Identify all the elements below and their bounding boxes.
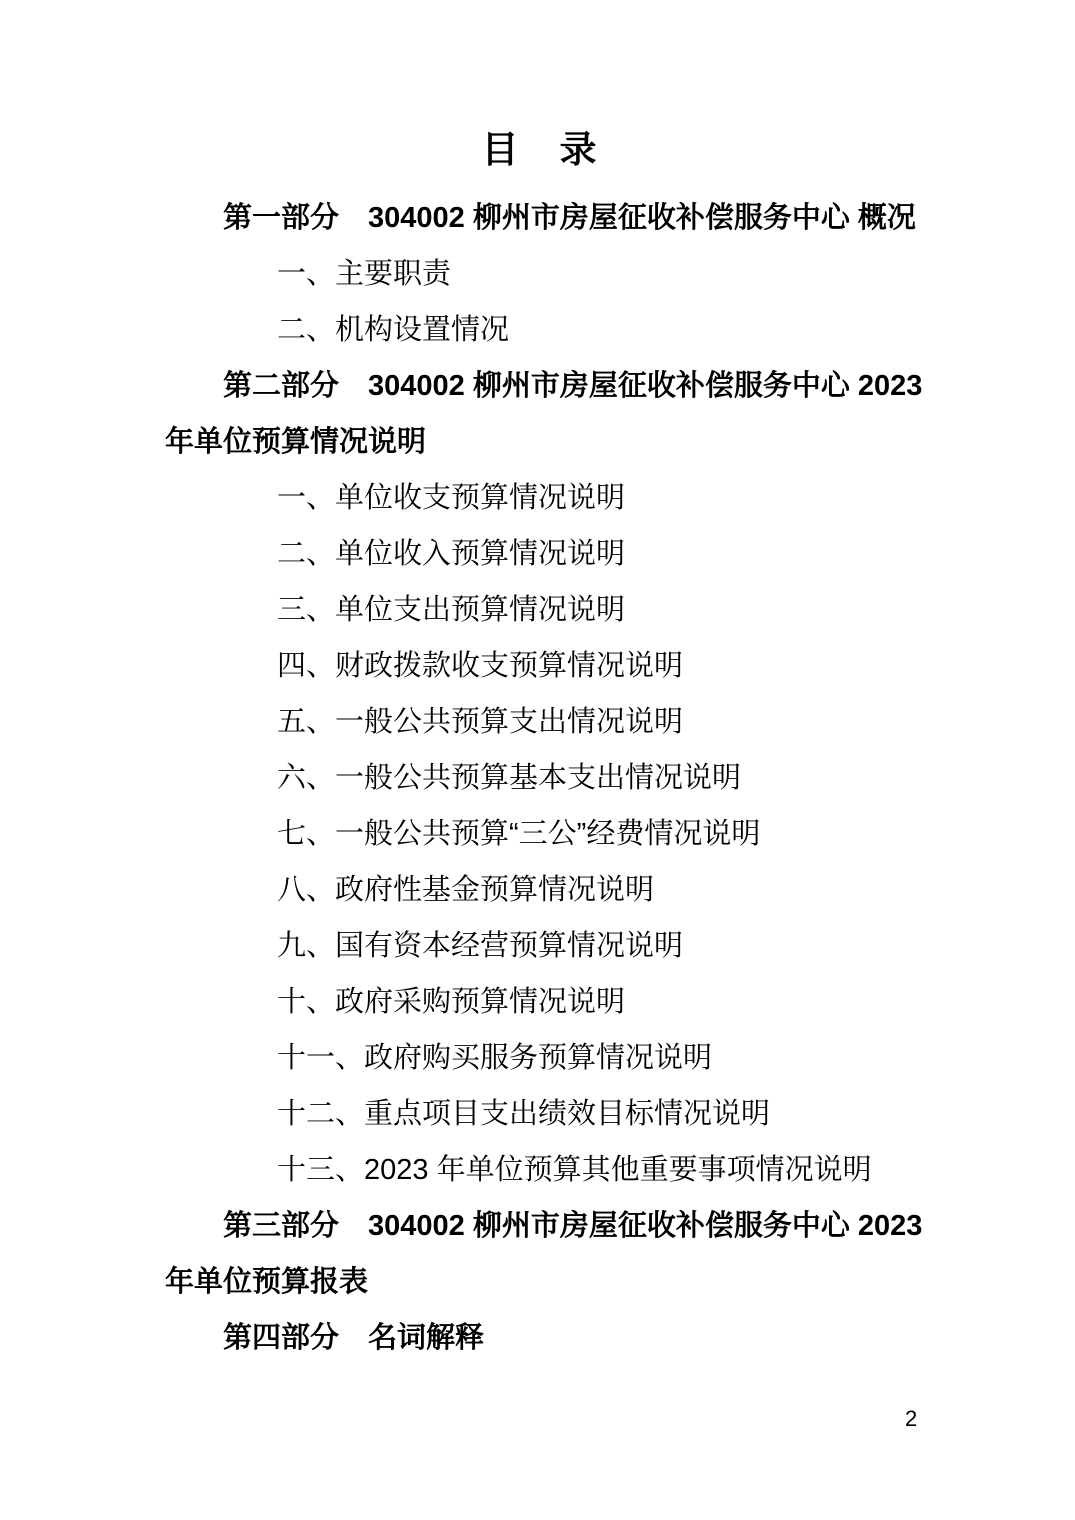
toc-heading-part3: 第三部分 304002 柳州市房屋征收补偿服务中心 2023 [165, 1198, 915, 1254]
toc-item-part2-3: 三、单位支出预算情况说明 [165, 582, 915, 638]
toc-item-part2-4: 四、财政拨款收支预算情况说明 [165, 638, 915, 694]
toc-heading-part2-cont: 年单位预算情况说明 [165, 414, 915, 470]
toc-item-part2-1: 一、单位收支预算情况说明 [165, 470, 915, 526]
toc-heading-part4: 第四部分 名词解释 [165, 1310, 915, 1366]
document-page: 目 录 第一部分 304002 柳州市房屋征收补偿服务中心 概况 一、主要职责 … [0, 0, 1075, 1520]
toc-heading-part1: 第一部分 304002 柳州市房屋征收补偿服务中心 概况 [165, 190, 915, 246]
toc-item-part2-5: 五、一般公共预算支出情况说明 [165, 694, 915, 750]
toc-item-part2-10: 十、政府采购预算情况说明 [165, 974, 915, 1030]
toc-section: 目 录 第一部分 304002 柳州市房屋征收补偿服务中心 概况 一、主要职责 … [165, 122, 915, 1366]
toc-item-part2-11: 十一、政府购买服务预算情况说明 [165, 1030, 915, 1086]
toc-list: 第一部分 304002 柳州市房屋征收补偿服务中心 概况 一、主要职责 二、机构… [165, 190, 915, 1366]
page-title: 目 录 [165, 122, 915, 178]
toc-item-part1-1: 一、主要职责 [165, 246, 915, 302]
toc-heading-part3-cont: 年单位预算报表 [165, 1254, 915, 1310]
toc-item-part2-8: 八、政府性基金预算情况说明 [165, 862, 915, 918]
page-number: 2 [905, 1406, 917, 1432]
toc-heading-part2: 第二部分 304002 柳州市房屋征收补偿服务中心 2023 [165, 358, 915, 414]
toc-item-part2-7: 七、一般公共预算“三公”经费情况说明 [165, 806, 915, 862]
toc-item-part2-6: 六、一般公共预算基本支出情况说明 [165, 750, 915, 806]
toc-item-part1-2: 二、机构设置情况 [165, 302, 915, 358]
toc-item-part2-2: 二、单位收入预算情况说明 [165, 526, 915, 582]
toc-item-part2-12: 十二、重点项目支出绩效目标情况说明 [165, 1086, 915, 1142]
toc-item-part2-9: 九、国有资本经营预算情况说明 [165, 918, 915, 974]
toc-item-part2-13: 十三、2023 年单位预算其他重要事项情况说明 [165, 1142, 915, 1198]
